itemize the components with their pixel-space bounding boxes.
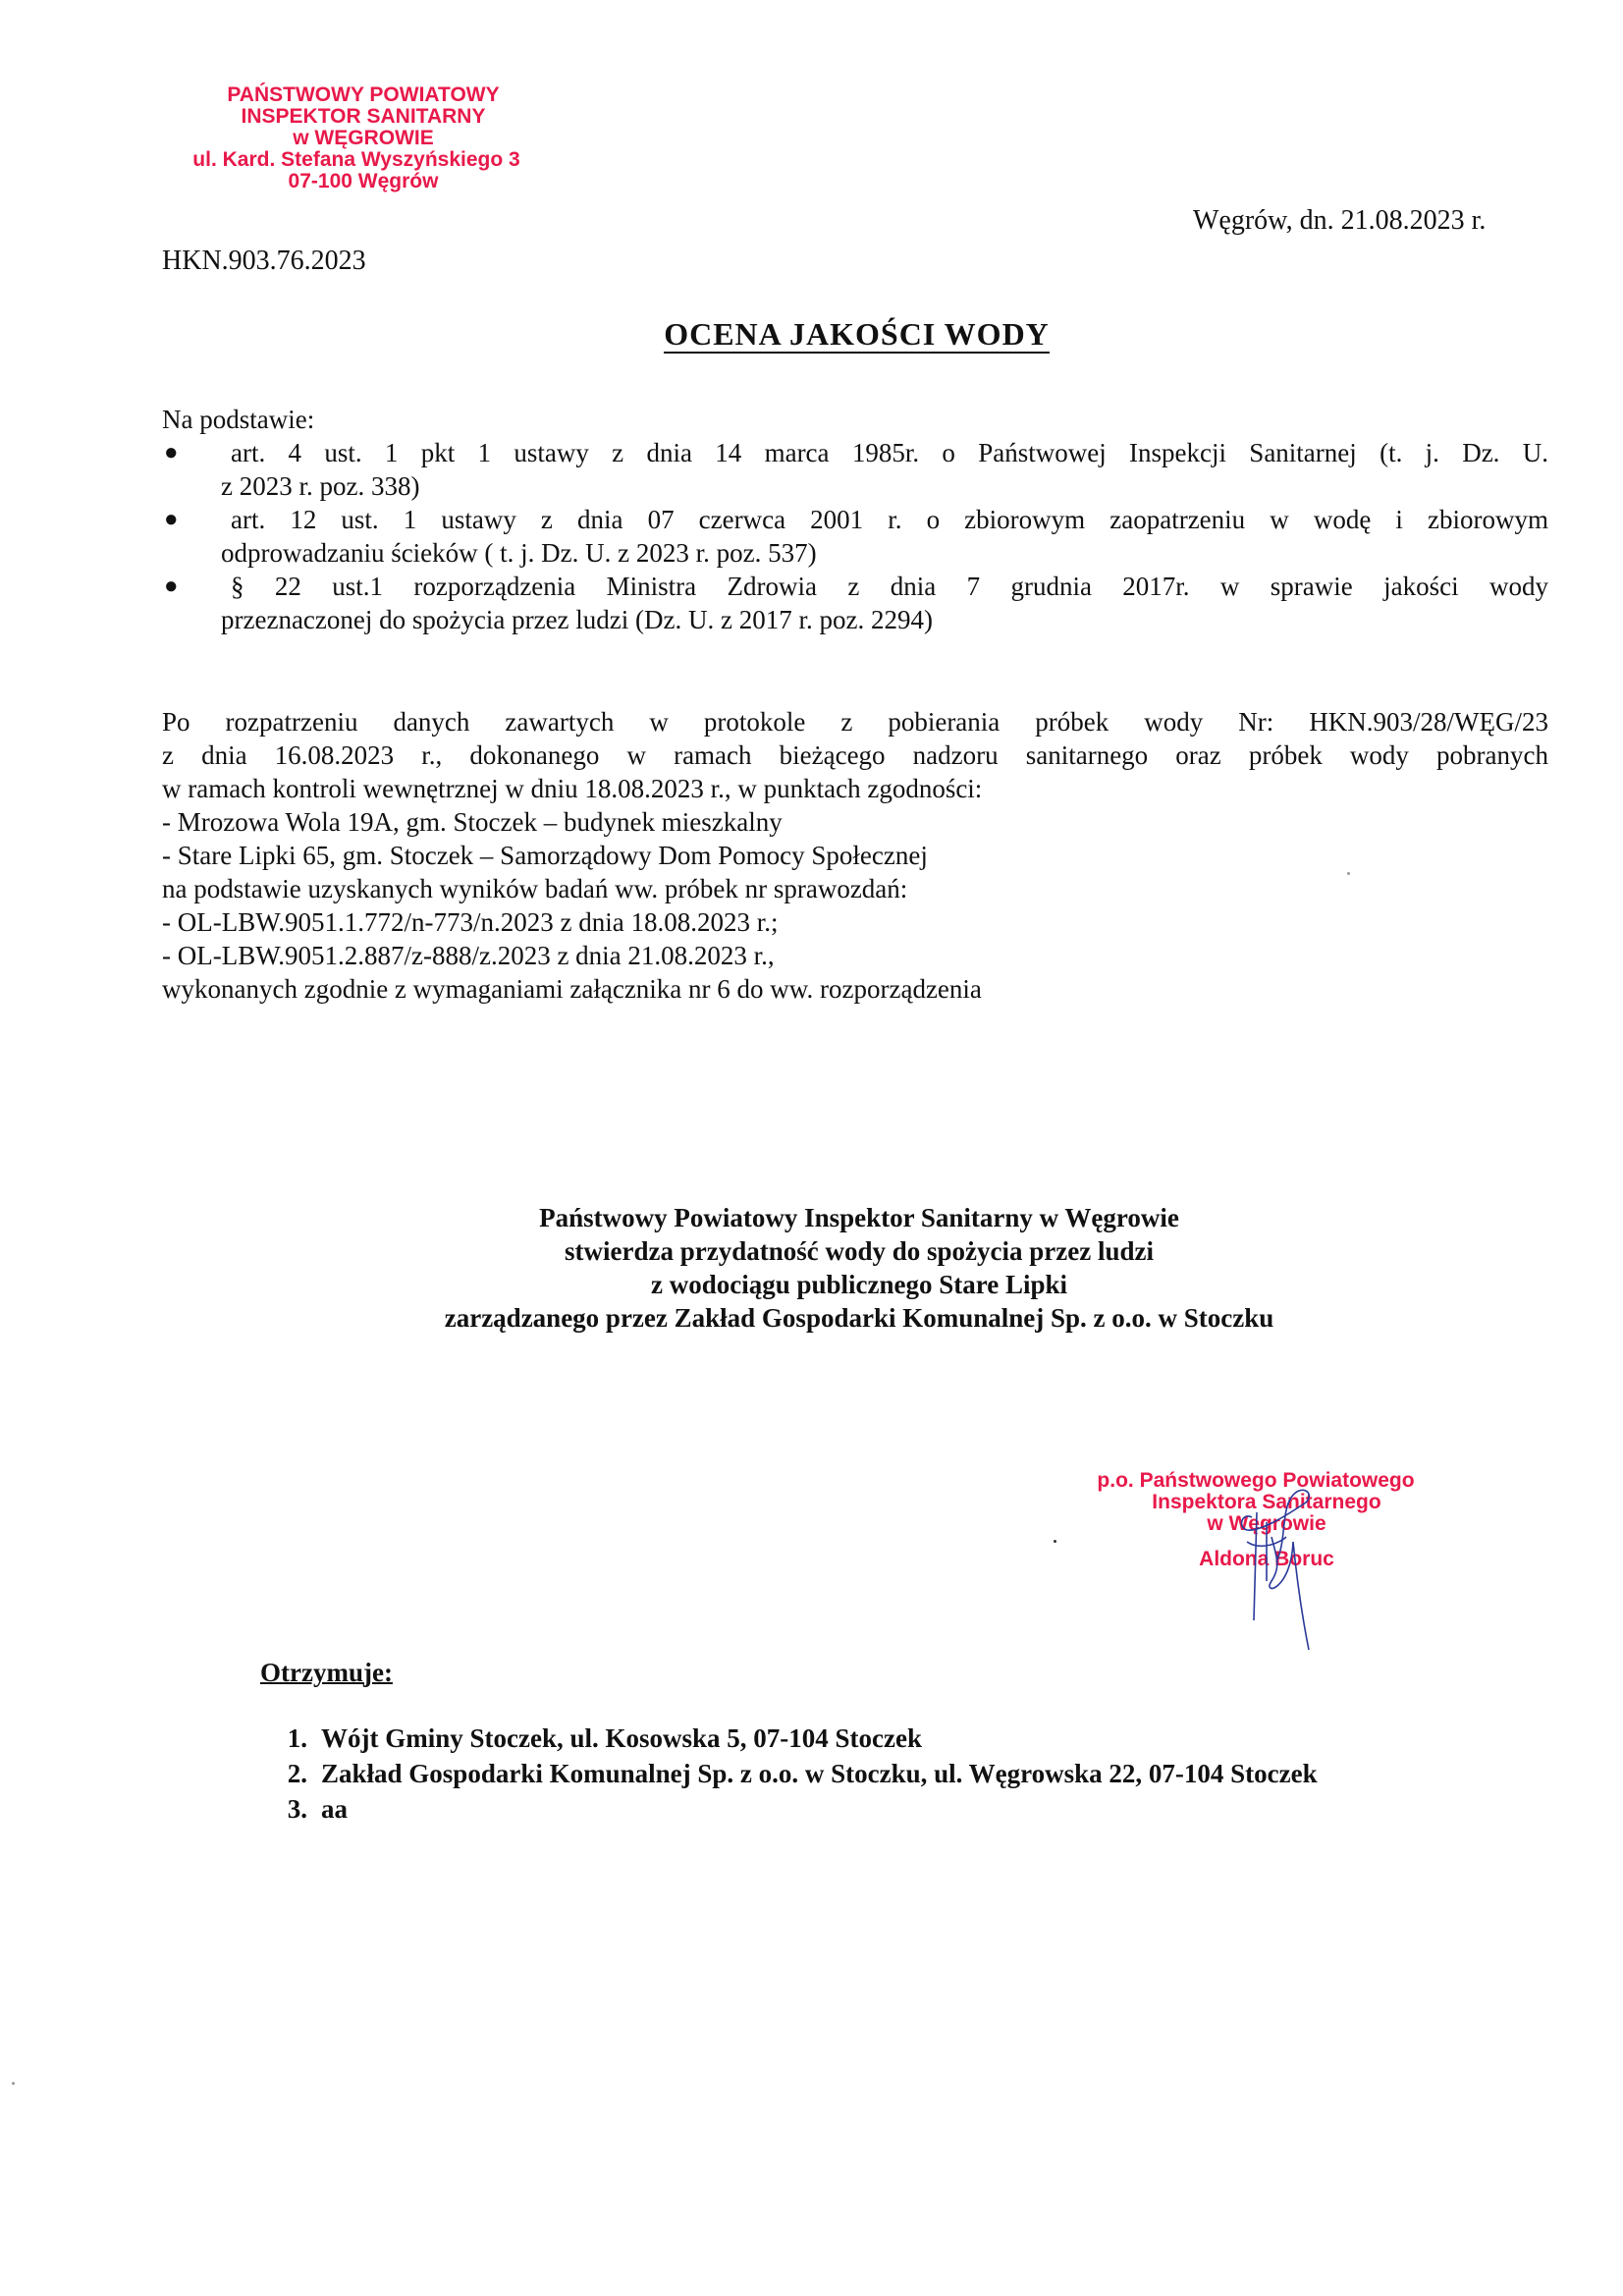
- review-line: wykonanych zgodnie z wymaganiami załączn…: [162, 972, 1548, 1006]
- report-reference: - OL-LBW.9051.1.772/n-773/n.2023 z dnia …: [162, 905, 1548, 939]
- conclusion-line: z wodociągu publicznego Stare Lipki: [295, 1268, 1424, 1301]
- conclusion-line: stwierdza przydatność wody do spożycia p…: [295, 1234, 1424, 1268]
- legal-basis-item-line: odprowadzaniu ścieków ( t. j. Dz. U. z 2…: [221, 536, 1548, 570]
- legal-basis-item-line: z 2023 r. poz. 338): [221, 469, 1548, 503]
- recipient-number: 1.: [260, 1721, 321, 1756]
- legal-basis-item-line: przeznaczonej do spożycia przez ludzi (D…: [221, 603, 1548, 636]
- recipients-heading: Otrzymuje:: [260, 1658, 393, 1688]
- handwritten-signature-icon: [1232, 1483, 1321, 1650]
- issuer-stamp: PAŃSTWOWY POWIATOWY INSPEKTOR SANITARNY …: [167, 84, 560, 192]
- issuer-stamp-line: INSPEKTOR SANITARNY: [167, 106, 560, 128]
- report-reference: - OL-LBW.9051.2.887/z-888/z.2023 z dnia …: [162, 939, 1548, 972]
- issuer-stamp-line: 07-100 Węgrów: [167, 171, 560, 192]
- document-title: OCENA JAKOŚCI WODY: [0, 316, 1623, 353]
- scan-speck: [1347, 872, 1350, 875]
- review-line: Po rozpatrzeniu danych zawartych w proto…: [162, 705, 1548, 738]
- legal-basis-intro: Na podstawie:: [162, 403, 1548, 436]
- issuer-stamp-line: ul. Kard. Stefana Wyszyńskiego 3: [153, 149, 560, 171]
- legal-basis-item-line: § 22 ust.1 rozporządzenia Ministra Zdrow…: [221, 570, 1548, 603]
- review-line: na podstawie uzyskanych wyników badań ww…: [162, 872, 1548, 905]
- legal-basis-item-line: art. 12 ust. 1 ustawy z dnia 07 czerwca …: [221, 503, 1548, 536]
- recipient-number: 3.: [260, 1791, 321, 1827]
- legal-basis-item-line: art. 4 ust. 1 pkt 1 ustawy z dnia 14 mar…: [221, 436, 1548, 469]
- bullet-icon: ●: [164, 570, 179, 603]
- recipient-text: Zakład Gospodarki Komunalnej Sp. z o.o. …: [321, 1756, 1318, 1791]
- issuer-stamp-line: w WĘGROWIE: [167, 128, 560, 149]
- conclusion-line: zarządzanego przez Zakład Gospodarki Kom…: [295, 1301, 1424, 1335]
- legal-basis-item: ● art. 4 ust. 1 pkt 1 ustawy z dnia 14 m…: [162, 436, 1548, 503]
- review-line: w ramach kontroli wewnętrznej w dniu 18.…: [162, 772, 1548, 805]
- place-date: Węgrów, dn. 21.08.2023 r.: [1193, 205, 1486, 237]
- issuer-stamp-line: PAŃSTWOWY POWIATOWY: [167, 84, 560, 106]
- recipient-text: Wójt Gminy Stoczek, ul. Kosowska 5, 07-1…: [321, 1721, 922, 1756]
- recipient-text: aa: [321, 1791, 348, 1827]
- legal-basis-list: ● art. 4 ust. 1 pkt 1 ustawy z dnia 14 m…: [162, 436, 1548, 636]
- legal-basis-item: ● § 22 ust.1 rozporządzenia Ministra Zdr…: [162, 570, 1548, 636]
- legal-basis-item: ● art. 12 ust. 1 ustawy z dnia 07 czerwc…: [162, 503, 1548, 570]
- conclusion: Państwowy Powiatowy Inspektor Sanitarny …: [295, 1201, 1424, 1335]
- sampling-point: - Stare Lipki 65, gm. Stoczek – Samorząd…: [162, 839, 1548, 872]
- recipient-number: 2.: [260, 1756, 321, 1791]
- recipient-item: 2. Zakład Gospodarki Komunalnej Sp. z o.…: [260, 1756, 1318, 1791]
- recipient-item: 3. aa: [260, 1791, 1318, 1827]
- sampling-point: - Mrozowa Wola 19A, gm. Stoczek – budyne…: [162, 805, 1548, 839]
- reference-number: HKN.903.76.2023: [162, 246, 366, 277]
- bullet-icon: ●: [164, 436, 179, 469]
- scan-speck: [12, 2082, 15, 2085]
- scan-speck: [1054, 1540, 1056, 1543]
- review-line: z dnia 16.08.2023 r., dokonanego w ramac…: [162, 738, 1548, 772]
- bullet-icon: ●: [164, 503, 179, 536]
- document-title-text: OCENA JAKOŚCI WODY: [664, 316, 1050, 354]
- recipients-list: 1. Wójt Gminy Stoczek, ul. Kosowska 5, 0…: [260, 1721, 1318, 1827]
- recipient-item: 1. Wójt Gminy Stoczek, ul. Kosowska 5, 0…: [260, 1721, 1318, 1756]
- legal-basis: Na podstawie: ● art. 4 ust. 1 pkt 1 usta…: [162, 403, 1548, 636]
- conclusion-line: Państwowy Powiatowy Inspektor Sanitarny …: [295, 1201, 1424, 1234]
- review-paragraph: Po rozpatrzeniu danych zawartych w proto…: [162, 705, 1548, 1006]
